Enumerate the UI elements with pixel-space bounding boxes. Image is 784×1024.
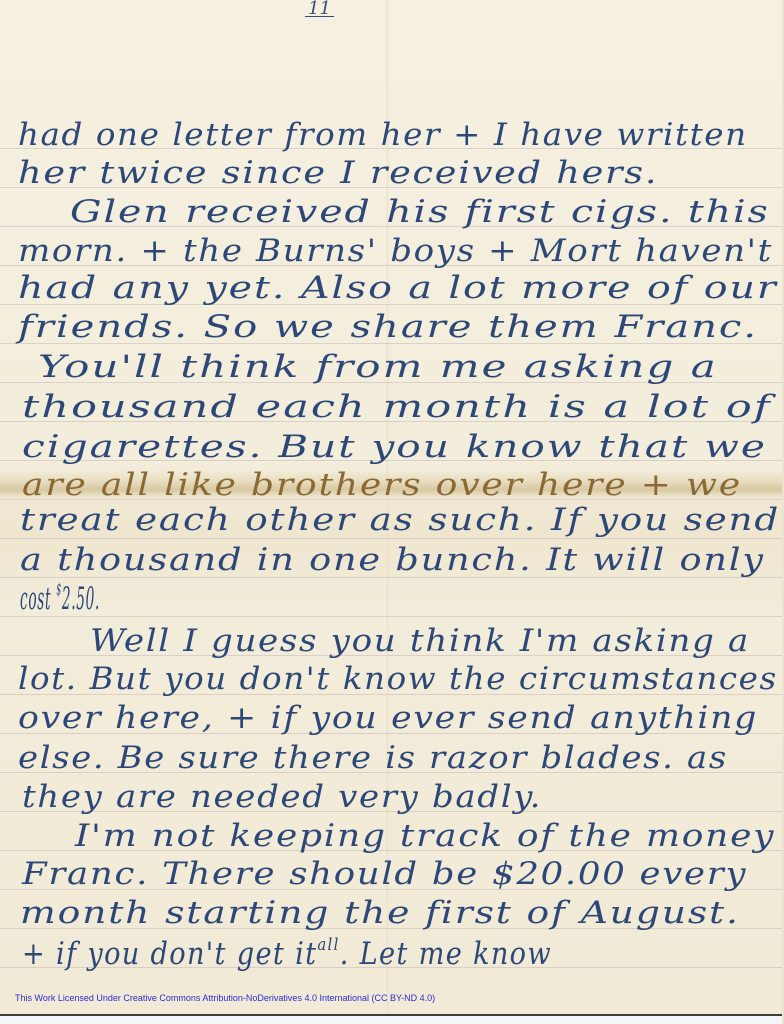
handwritten-line-text: Franc. There should be $20.00 every <box>22 856 747 892</box>
handwritten-line: Glen received his first cigs. this <box>70 197 770 228</box>
handwritten-line-text: cost <box>20 581 51 617</box>
handwritten-line: I'm not keeping track of the money <box>75 821 775 852</box>
letter-page: 11 had one letter from her + I have writ… <box>0 0 784 1024</box>
handwritten-line-text: Glen received his first cigs. this <box>70 194 770 230</box>
handwritten-line-text: + if you don't get it <box>22 936 317 972</box>
handwritten-line: cigarettes. But you know that we <box>22 432 767 463</box>
handwritten-line: a thousand in one bunch. It will only <box>20 545 765 576</box>
handwritten-line-text: morn. + the Burns' boys + Mort haven't <box>18 233 773 269</box>
handwritten-line-text: a thousand in one bunch. It will only <box>20 542 765 578</box>
handwritten-line-text: else. Be sure there is razor blades. as <box>18 740 728 776</box>
cost-amount: 2.50. <box>62 581 100 617</box>
handwritten-line-text: lot. But you don't know the circumstance… <box>18 661 778 697</box>
handwritten-line: treat each other as such. If you send <box>20 505 780 536</box>
handwritten-line: Well I guess you think I'm asking a <box>90 626 750 657</box>
handwritten-line: thousand each month is a lot of <box>22 392 772 423</box>
handwritten-line-text: had any yet. Also a lot more of our <box>18 270 778 306</box>
handwritten-line: friends. So we share them Franc. <box>18 312 758 343</box>
handwritten-line-text: treat each other as such. If you send <box>20 502 780 538</box>
ruled-line <box>0 616 784 617</box>
handwritten-line-text: friends. So we share them Franc. <box>18 309 758 345</box>
handwritten-line-tail: . Let me know <box>340 936 552 972</box>
handwritten-line: + if you don't get itall. Let me know <box>22 937 552 970</box>
license-notice: This Work Licensed Under Creative Common… <box>15 993 435 1003</box>
handwritten-line: they are needed very badly. <box>22 782 542 813</box>
handwritten-line-text: her twice since I received hers. <box>18 155 658 191</box>
handwritten-line: month starting the first of August. <box>20 898 740 929</box>
handwritten-line: had one letter from her + I have written <box>18 120 748 151</box>
handwritten-line-text: month starting the first of August. <box>20 895 740 931</box>
page-number: 11 <box>305 2 334 17</box>
handwritten-line: had any yet. Also a lot more of our <box>18 273 778 304</box>
handwritten-line: else. Be sure there is razor blades. as <box>18 743 728 774</box>
handwritten-line-text: Well I guess you think I'm asking a <box>90 623 750 659</box>
handwritten-line-text: they are needed very badly. <box>22 779 542 815</box>
handwritten-line-text: I'm not keeping track of the money <box>75 818 775 854</box>
handwritten-line-text: had one letter from her + I have written <box>18 117 748 153</box>
handwritten-line: morn. + the Burns' boys + Mort haven't <box>18 236 773 267</box>
handwritten-line-text: are all like brothers over here + we <box>22 467 742 503</box>
handwritten-line: cost$2.50. <box>20 582 100 615</box>
handwritten-line-text: cigarettes. But you know that we <box>22 429 767 465</box>
handwritten-line-text: over here, + if you ever send anything <box>18 700 758 736</box>
handwritten-line-text: thousand each month is a lot of <box>22 389 772 425</box>
handwritten-line: lot. But you don't know the circumstance… <box>18 664 778 695</box>
handwritten-line: You'll think from me asking a <box>38 352 718 383</box>
page-bottom-edge <box>0 1014 784 1024</box>
handwritten-line: her twice since I received hers. <box>18 158 658 189</box>
inserted-word-superscript: all <box>317 935 339 955</box>
handwritten-line: are all like brothers over here + we <box>22 470 742 501</box>
handwritten-line: Franc. There should be $20.00 every <box>22 859 747 890</box>
handwritten-line: over here, + if you ever send anything <box>18 703 758 734</box>
ruled-line <box>0 538 784 539</box>
handwritten-line-text: You'll think from me asking a <box>38 349 718 385</box>
